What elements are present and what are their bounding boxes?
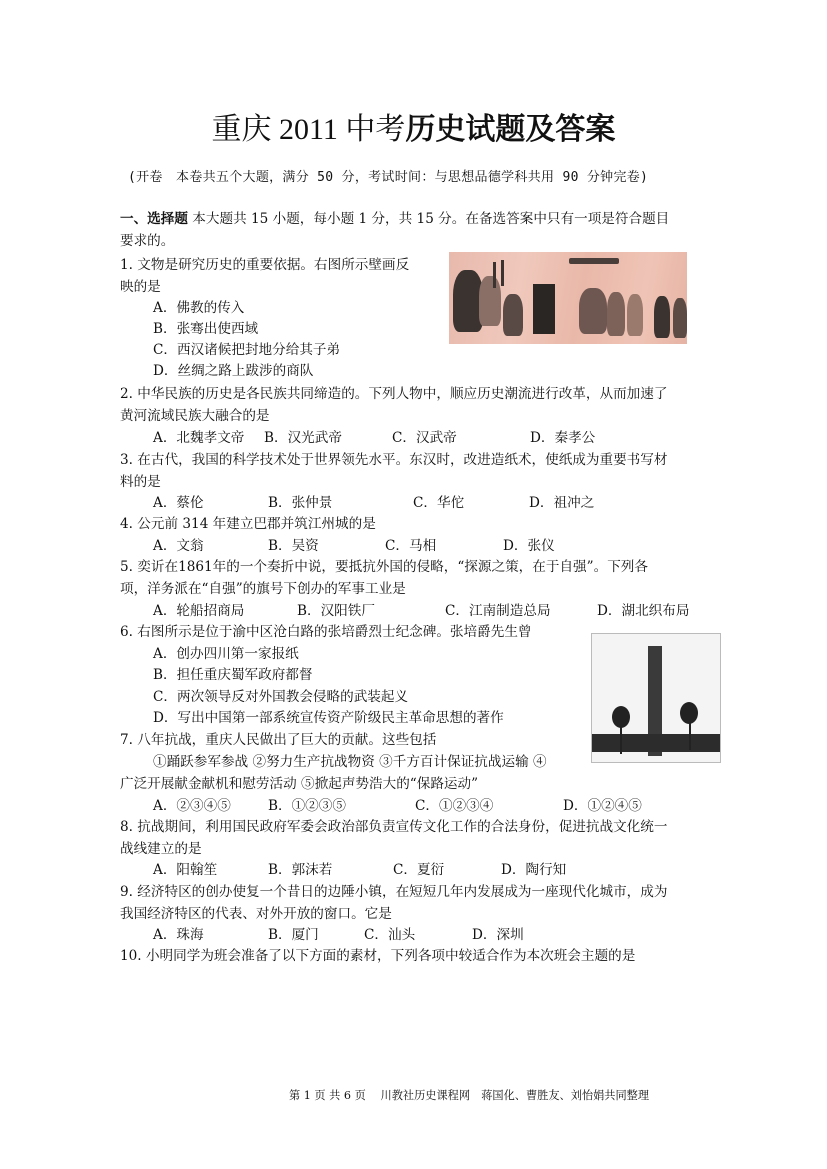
question-3-stem: 3. 在古代，我国的科学技术处于世界领先水平。东汉时，改进造纸术，使纸成为重要书…	[120, 449, 667, 471]
question-4-option-a: A．文翁	[153, 535, 204, 557]
question-5-option-a: A．轮船招商局	[153, 600, 244, 622]
section-intro-cont: 要求的。	[120, 230, 174, 252]
question-7-items-cont: 广泛开展献金献机和慰劳活动 ⑤掀起声势浩大的“保路运动”	[120, 773, 478, 795]
question-9-option-d: D．深圳	[472, 924, 524, 946]
question-5-stem-cont: 项，洋务派在“自强”的旗号下创办的军事工业是	[120, 578, 406, 600]
question-1-stem-cont: 映的是	[120, 276, 161, 298]
question-1-stem: 1. 文物是研究历史的重要依据。右图所示壁画反	[120, 254, 409, 276]
question-1-option-d: D．丝绸之路上跋涉的商队	[153, 360, 313, 382]
question-6-option-c: C．两次领导反对外国教会侵略的武装起义	[153, 686, 408, 708]
question-10-stem: 10. 小明同学为班会准备了以下方面的素材，下列各项中较适合作为本次班会主题的是	[120, 945, 635, 967]
question-9-stem-cont: 我国经济特区的代表、对外开放的窗口。它是	[120, 903, 392, 925]
question-6-option-a: A．创办四川第一家报纸	[153, 643, 299, 665]
question-4-option-c: C．马相	[385, 535, 436, 557]
question-5-option-b: B．汉阳铁厂	[297, 600, 375, 622]
question-7-option-c: C．①②③④	[415, 795, 493, 817]
question-6-stem: 6. 右图所示是位于渝中区沧白路的张培爵烈士纪念碑。张培爵先生曾	[120, 621, 532, 643]
mural-image	[449, 252, 687, 344]
exam-instructions: (开卷 本卷共五个大题，满分 50 分，考试时间：与思想品德学科共用 90 分钟…	[128, 166, 648, 185]
section-heading-line: 一、选择题 本大题共 15 小题，每小题 1 分，共 15 分。在备选答案中只有…	[120, 208, 669, 230]
question-2-option-a: A．北魏孝文帝	[153, 427, 244, 449]
question-2-option-c: C．汉武帝	[392, 427, 457, 449]
question-2-option-b: B．汉光武帝	[264, 427, 342, 449]
question-4-stem: 4. 公元前 314 年建立巴郡并筑江州城的是	[120, 513, 376, 535]
section-heading: 一、选择题	[120, 211, 188, 227]
question-1-option-b: B．张骞出使西域	[153, 318, 258, 340]
monument-photo	[591, 633, 721, 763]
question-2-option-d: D．秦孝公	[530, 427, 595, 449]
question-3-option-d: D．祖冲之	[529, 492, 594, 514]
question-6-option-d: D．写出中国第一部系统宣传资产阶级民主革命思想的著作	[153, 707, 504, 729]
question-9-option-a: A．珠海	[153, 924, 204, 946]
question-1-option-c: C．西汉诸候把封地分给其子弟	[153, 339, 340, 361]
page-title: 重庆 2011 中考历史试题及答案	[0, 104, 827, 148]
question-2-stem: 2. 中华民族的历史是各民族共同缔造的。下列人物中，顺应历史潮流进行改革，从而加…	[120, 383, 667, 405]
question-1-option-a: A．佛教的传入	[153, 297, 244, 319]
question-3-option-a: A．蔡伦	[153, 492, 204, 514]
question-7-option-b: B．①②③⑤	[268, 795, 346, 817]
question-8-option-b: B．郭沫若	[268, 859, 332, 881]
question-3-option-b: B．张仲景	[268, 492, 332, 514]
section-intro: 本大题共 15 小题，每小题 1 分，共 15 分。在备选答案中只有一项是符合题…	[188, 211, 669, 227]
question-2-stem-cont: 黄河流域民族大融合的是	[120, 405, 270, 427]
question-4-option-b: B．吴资	[268, 535, 319, 557]
question-8-stem: 8. 抗战期间，利用国民政府军委会政治部负责宣传文化工作的合法身份，促进抗战文化…	[120, 816, 667, 838]
question-5-stem: 5. 奕䜣在1861年的一个奏折中说，要抵抗外国的侵略，“探源之策，在于自强”。…	[120, 556, 648, 578]
question-7-items: ①踊跃参军参战 ②努力生产抗战物资 ③千方百计保证抗战运输 ④	[153, 751, 547, 773]
page-footer: 第 1 页 共 6 页 川教社历史课程网 蒋国化、曹胜友、刘怡娟共同整理	[289, 1087, 649, 1103]
question-9-stem: 9. 经济特区的创办使复一个昔日的边陲小镇，在短短几年内发展成为一座现代化城市，…	[120, 881, 667, 903]
question-8-option-d: D．陶行知	[501, 859, 566, 881]
question-8-option-c: C．夏衍	[393, 859, 444, 881]
question-7-option-d: D．①②④⑤	[563, 795, 642, 817]
question-9-option-b: B．厦门	[268, 924, 319, 946]
question-4-option-d: D．张仪	[503, 535, 555, 557]
question-7-option-a: A．②③④⑤	[153, 795, 231, 817]
question-5-option-c: C．江南制造总局	[445, 600, 551, 622]
title-bold: 历史试题及答案	[405, 113, 615, 146]
question-3-option-c: C．华佗	[413, 492, 464, 514]
question-9-option-c: C．汕头	[364, 924, 415, 946]
exam-page: 重庆 2011 中考历史试题及答案 (开卷 本卷共五个大题，满分 50 分，考试…	[0, 0, 827, 1169]
question-7-stem: 7. 八年抗战，重庆人民做出了巨大的贡献。这些包括	[120, 729, 436, 751]
question-8-stem-cont: 战线建立的是	[120, 838, 202, 860]
question-3-stem-cont: 料的是	[120, 471, 161, 493]
question-6-option-b: B．担任重庆蜀军政府都督	[153, 664, 313, 686]
question-5-option-d: D．湖北织布局	[597, 600, 689, 622]
question-8-option-a: A．阳翰笙	[153, 859, 217, 881]
title-regular: 重庆 2011 中考	[212, 113, 406, 146]
